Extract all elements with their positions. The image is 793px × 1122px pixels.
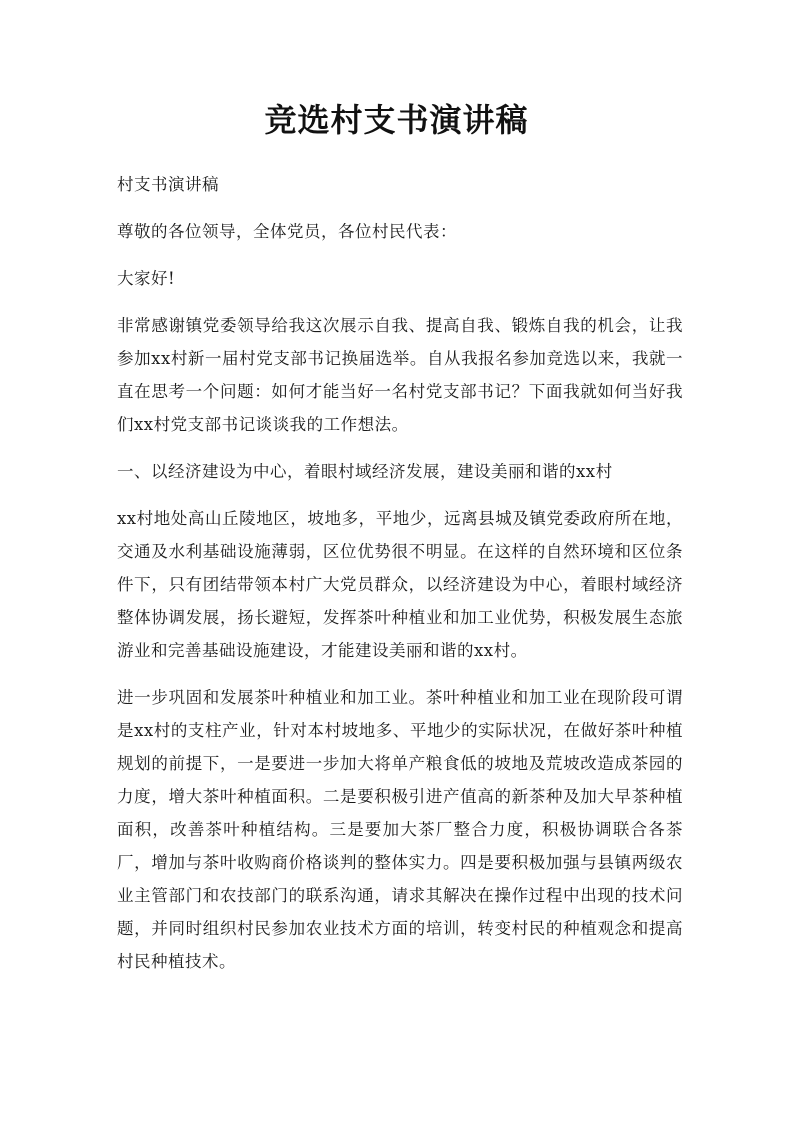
document-page: 竞选村支书演讲稿 村支书演讲稿 尊敬的各位领导，全体党员，各位村民代表： 大家好…	[0, 0, 793, 1122]
body-paragraph: xx村地处高山丘陵地区，坡地多，平地少，远离县城及镇党委政府所在地，交通及水利基…	[117, 502, 683, 667]
greeting-paragraph: 大家好!	[117, 262, 683, 295]
document-body: 村支书演讲稿 尊敬的各位领导，全体党员，各位村民代表： 大家好! 非常感谢镇党委…	[117, 168, 683, 992]
intro-paragraph: 非常感谢镇党委领导给我这次展示自我、提高自我、锻炼自我的机会，让我参加xx村新一…	[117, 309, 683, 441]
subtitle-paragraph: 村支书演讲稿	[117, 168, 683, 201]
document-title: 竞选村支书演讲稿	[0, 96, 793, 144]
body-paragraph: 进一步巩固和发展茶叶种植业和加工业。茶叶种植业和加工业在现阶段可谓是xx村的支柱…	[117, 681, 683, 978]
salutation-paragraph: 尊敬的各位领导，全体党员，各位村民代表：	[117, 215, 683, 248]
section-heading: 一、以经济建设为中心，着眼村域经济发展，建设美丽和谐的xx村	[117, 455, 683, 488]
